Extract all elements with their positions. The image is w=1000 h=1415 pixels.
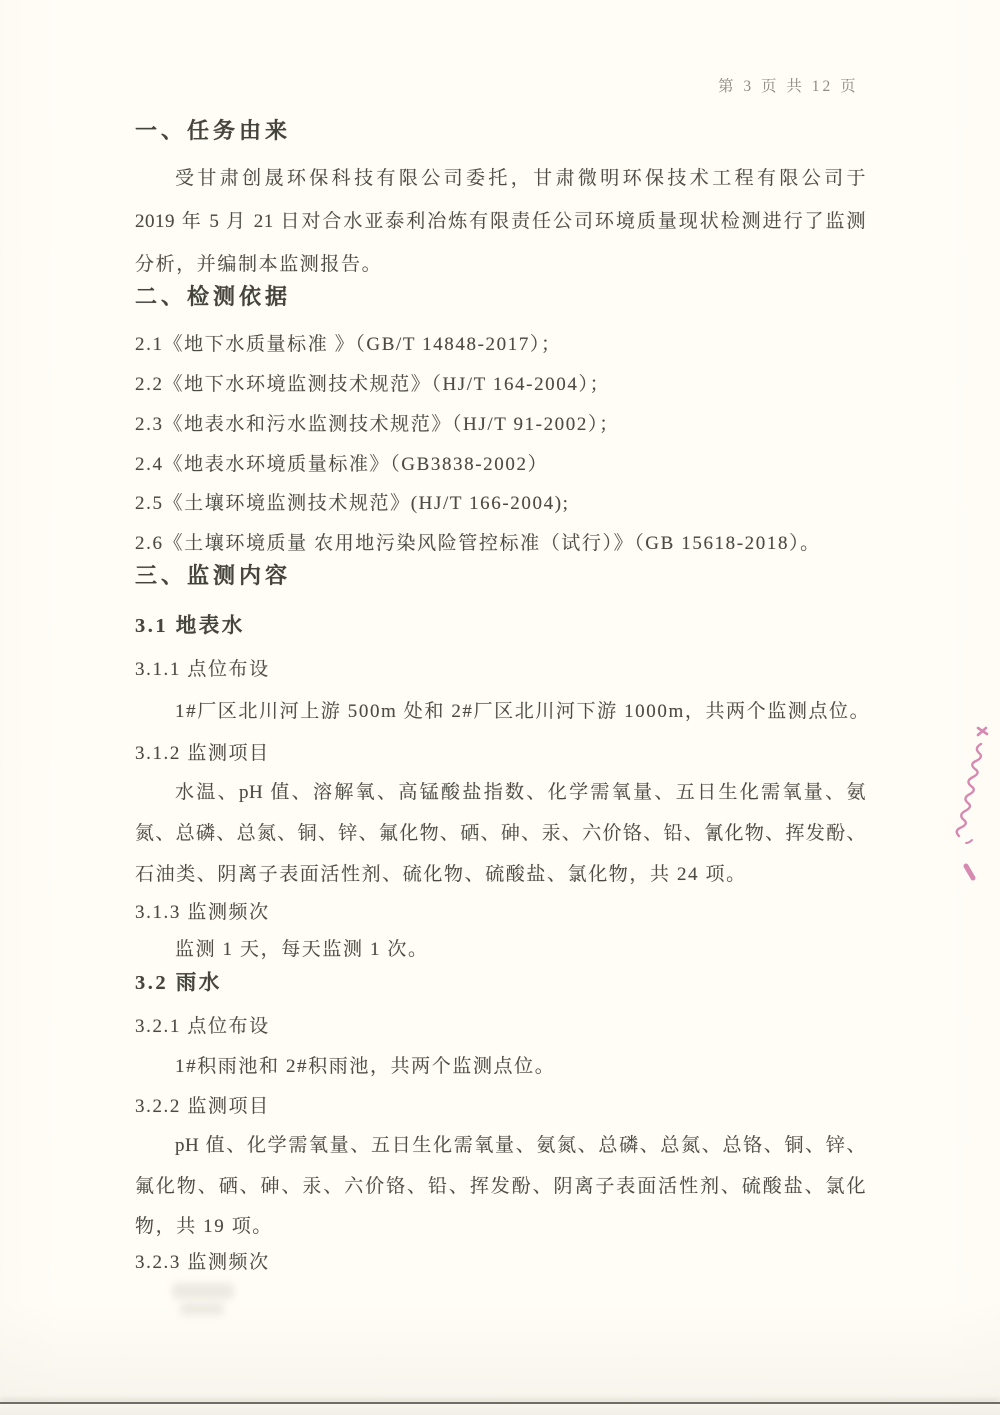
ref-item-2: 2.2《地下水环境监测技术规范》（HJ/T 164-2004）； — [135, 370, 866, 400]
section-3-2-2-title: 3.2.2 监测项目 — [135, 1092, 866, 1122]
ref-item-1: 2.1《地下水质量标准 》（GB/T 14848-2017）； — [135, 330, 866, 360]
section-3-2-1-text: 1#积雨池和 2#积雨池，共两个监测点位。 — [135, 1052, 866, 1082]
ref-item-4: 2.4《地表水环境质量标准》（GB3838-2002） — [135, 450, 866, 480]
page-number: 第 3 页 共 12 页 — [718, 72, 918, 102]
section-3-1-1-title: 3.1.1 点位布设 — [135, 655, 866, 685]
section-1-line-3: 分析，并编制本监测报告。 — [135, 250, 866, 280]
section-3-1-title: 3.1 地表水 — [135, 611, 866, 641]
section-3-1-3-text: 监测 1 天，每天监测 1 次。 — [135, 935, 866, 965]
section-3-2-2-line-2: 氟化物、硒、砷、汞、六价铬、铅、挥发酚、阴离子表面活性剂、硫酸盐、氯化 — [135, 1172, 866, 1202]
section-3-title: 三、监测内容 — [135, 561, 866, 591]
page-bleedthrough-mark — [180, 1303, 224, 1315]
section-1-line-1: 受甘肃创晟环保科技有限公司委托，甘肃微明环保技术工程有限公司于 — [135, 164, 866, 194]
section-3-1-1-text: 1#厂区北川河上游 500m 处和 2#厂区北川河下游 1000m，共两个监测点… — [135, 697, 866, 727]
section-3-2-1-title: 3.2.1 点位布设 — [135, 1012, 866, 1042]
section-3-2-3-title: 3.2.3 监测频次 — [135, 1248, 866, 1278]
ref-item-3: 2.3《地表水和污水监测技术规范》（HJ/T 91-2002）； — [135, 410, 866, 440]
scanned-document-page: 第 3 页 共 12 页 一、任务由来 受甘肃创晟环保科技有限公司委托，甘肃微明… — [0, 0, 1000, 1415]
section-2-title: 二、检测依据 — [135, 282, 866, 312]
section-1-line-2: 2019 年 5 月 21 日对合水亚泰利冶炼有限责任公司环境质量现状检测进行了… — [135, 207, 866, 237]
scan-background-strip — [0, 1404, 1000, 1415]
section-3-1-2-line-1: 水温、pH 值、溶解氧、高锰酸盐指数、化学需氧量、五日生化需氧量、氨 — [135, 778, 866, 808]
section-3-1-2-title: 3.1.2 监测项目 — [135, 739, 866, 769]
section-3-2-2-line-1: pH 值、化学需氧量、五日生化需氧量、氨氮、总磷、总氮、总铬、铜、锌、 — [135, 1131, 866, 1161]
section-3-2-2-line-3: 物，共 19 项。 — [135, 1212, 866, 1242]
section-3-1-2-line-2: 氮、总磷、总氮、铜、锌、氟化物、硒、砷、汞、六价铬、铅、氰化物、挥发酚、 — [135, 819, 866, 849]
section-1-title: 一、任务由来 — [135, 116, 866, 146]
section-3-1-2-line-3: 石油类、阴离子表面活性剂、硫化物、硫酸盐、氯化物，共 24 项。 — [135, 860, 866, 890]
ref-item-6: 2.6《土壤环境质量 农用地污染风险管控标准（试行）》（GB 15618-201… — [135, 529, 866, 559]
ref-item-5: 2.5《土壤环境监测技术规范》(HJ/T 166-2004); — [135, 489, 866, 519]
section-3-1-3-title: 3.1.3 监测频次 — [135, 898, 866, 928]
handwritten-annotation-mark — [948, 718, 1000, 888]
section-3-2-title: 3.2 雨水 — [135, 968, 866, 998]
page-bleedthrough-mark — [172, 1283, 234, 1299]
